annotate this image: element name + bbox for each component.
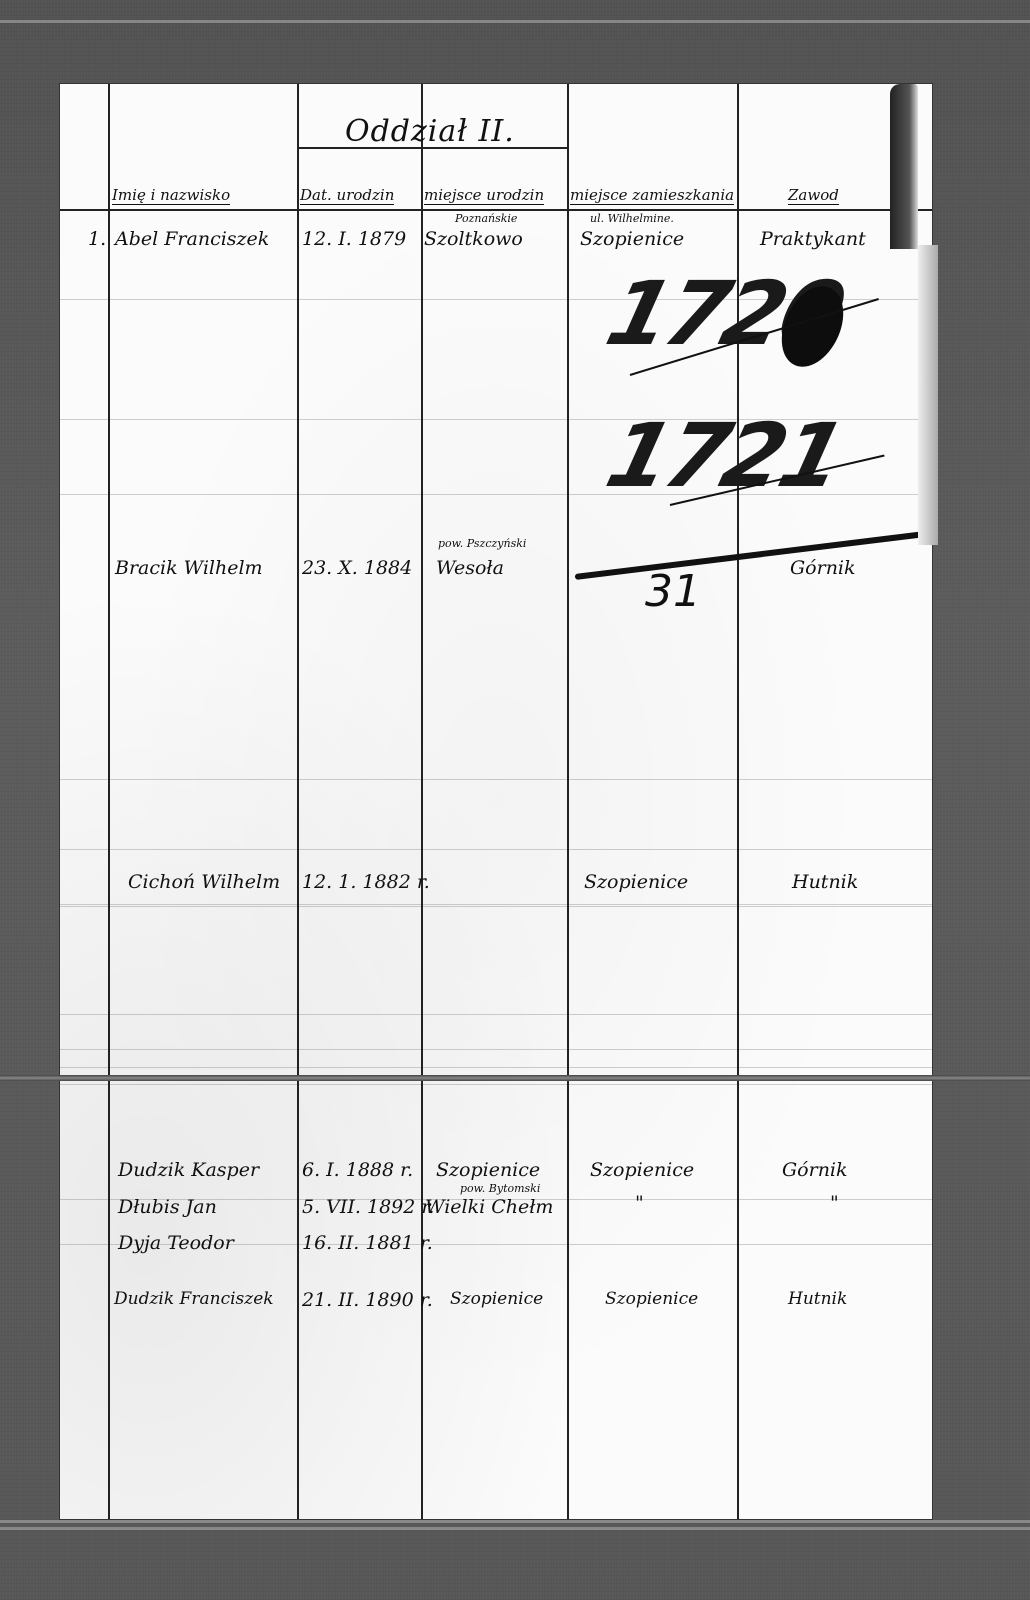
row-residence: Szopienice [580, 228, 684, 250]
ruled-line [60, 849, 932, 850]
row-birth-place-note: pow. Pszczyński [438, 537, 526, 550]
row-residence: Szopienice [590, 1159, 694, 1181]
row-birth-date: 12. 1. 1882 r. [302, 871, 430, 893]
row-residence: Szopienice [584, 871, 688, 893]
row-birth-date: 6. I. 1888 r. [302, 1159, 413, 1181]
row-birth-place-note: pow. Bytomski [460, 1182, 540, 1195]
scan-artifact [0, 1527, 1030, 1530]
row-birth-place-note: Poznańskie [455, 212, 517, 225]
row-name: Bracik Wilhelm [115, 557, 263, 579]
row-birth-place: Szopienice [450, 1289, 543, 1309]
row-residence: Szopienice [605, 1289, 698, 1309]
row-birth-date: 12. I. 1879 [302, 228, 406, 250]
row-birth-date: 5. VII. 1892 r. [302, 1196, 434, 1218]
ledger-page: Oddział II. Imię i nazwisko Dat. urodzin… [60, 84, 932, 1519]
header-name: Imię i nazwisko [112, 186, 230, 205]
scan-artifact [0, 1520, 1030, 1523]
row-occupation: Górnik [782, 1159, 848, 1181]
ruled-line [60, 1084, 932, 1085]
header-residence: miejsce zamieszkania [570, 186, 734, 205]
row-birth-place: Wesoła [436, 557, 504, 579]
scan-fold-line [0, 1075, 1030, 1081]
row-name: Cichoń Wilhelm [128, 871, 280, 893]
row-occupation: Górnik [790, 557, 856, 579]
column-divider [567, 84, 569, 1519]
row-birth-date: 23. X. 1884 [302, 557, 412, 579]
page-edge-shadow [918, 245, 938, 545]
row-occupation: Hutnik [788, 1289, 847, 1309]
header-birth-date: Dat. urodzin [300, 186, 394, 205]
row-name: Abel Franciszek [115, 228, 269, 250]
row-number: 1. [88, 228, 106, 250]
row-birth-date: 21. II. 1890 r. [302, 1289, 433, 1311]
column-divider [297, 84, 299, 1519]
ruled-line [60, 1067, 932, 1068]
row-birth-place: Szoltkowo [424, 228, 523, 250]
ruled-line [60, 906, 932, 907]
row-occupation-ditto: " [830, 1192, 839, 1214]
header-rule [60, 209, 932, 211]
row-residence-note: ul. Wilhelmine. [590, 212, 674, 225]
scan-artifact [0, 20, 1030, 23]
row-occupation: Praktykant [760, 228, 866, 250]
row-name: Dudzik Franciszek [114, 1289, 274, 1309]
ruled-line [60, 1049, 932, 1050]
row-name: Dyja Teodor [118, 1232, 234, 1254]
row-birth-place: Wielki Chełm [425, 1196, 553, 1218]
row-birth-place: Szopienice [436, 1159, 540, 1181]
row-residence-ditto: " [635, 1192, 644, 1214]
ruled-line [60, 1014, 932, 1015]
row-name: Dłubis Jan [118, 1196, 217, 1218]
section-title: Oddział II. [345, 114, 515, 149]
row-occupation: Hutnik [792, 871, 858, 893]
ruled-line [60, 904, 932, 905]
header-occupation: Zawod [788, 186, 839, 205]
row-birth-date: 16. II. 1881 r. [302, 1232, 433, 1254]
header-birth-place: miejsce urodzin [424, 186, 544, 205]
annotation-number-final: 31 [645, 566, 701, 617]
ruled-line [60, 779, 932, 780]
column-divider [108, 84, 110, 1519]
torn-page-edge [890, 84, 918, 249]
row-name: Dudzik Kasper [118, 1159, 259, 1181]
